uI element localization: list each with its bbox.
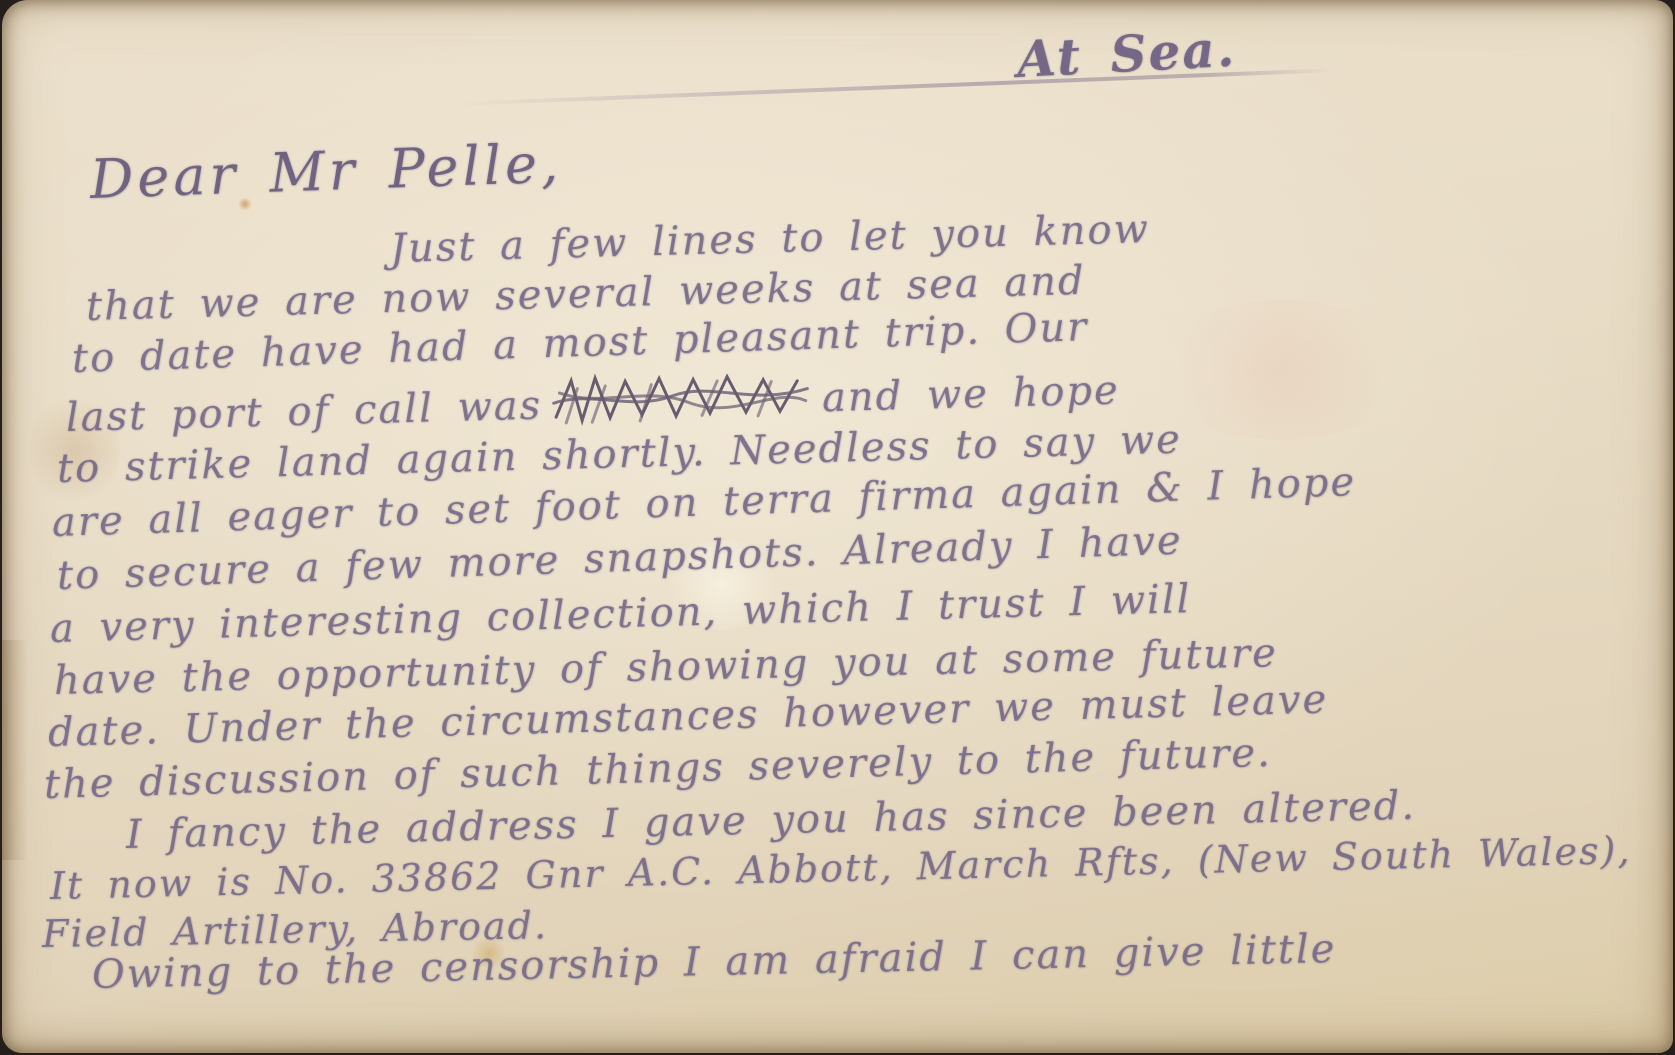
paper-stain	[2, 640, 28, 860]
letter-line-text: and we hope	[821, 367, 1120, 421]
letter-salutation: Dear Mr Pelle,	[89, 132, 563, 211]
heading-underline	[454, 68, 1334, 106]
censor-scribble-icon	[551, 366, 812, 431]
postcard-paper: At Sea. Dear Mr Pelle, Just a few lines …	[2, 0, 1673, 1053]
letter-line-text: last port of call was	[65, 383, 542, 441]
paper-stain	[1152, 300, 1412, 440]
